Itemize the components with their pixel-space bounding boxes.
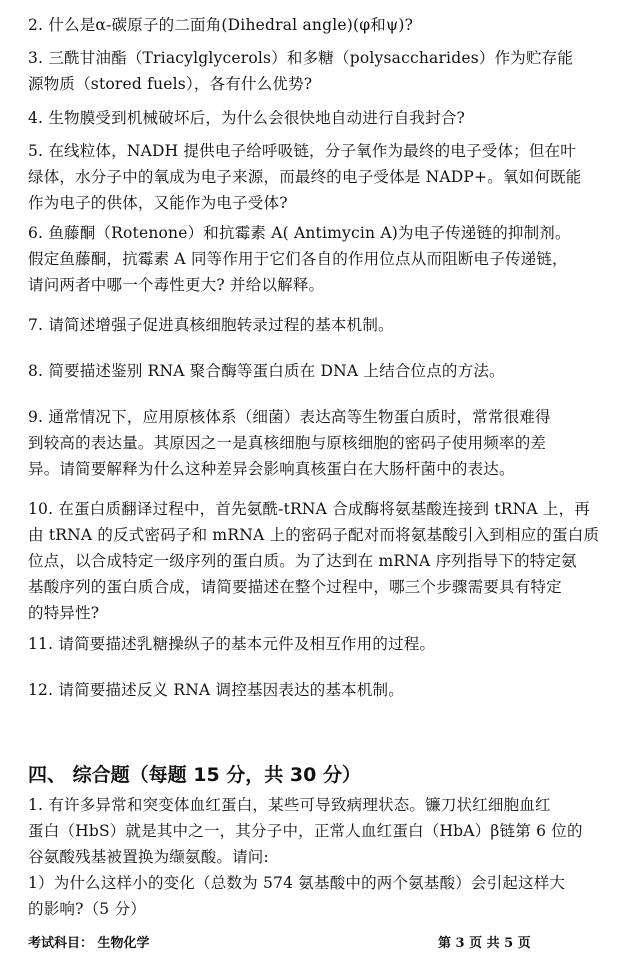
question-text: 由 tRNA 的反式密码子和 mRNA 上的密码子配对而将氨基酸引入到相应的蛋白… [28,522,620,548]
question-text: 10. 在蛋白质翻译过程中，首先氨酰-tRNA 合成酶将氨基酸连接到 tRNA … [28,496,620,522]
question-6: 6. 鱼藤酮（Rotenone）和抗霉素 A( Antimycin A)为电子传… [28,220,620,298]
footer-page-info: 第 3 页 共 5 页 [438,932,531,951]
question-text: 蛋白（HbS）就是其中之一，其分子中，正常人血红蛋白（HbA）β链第 6 位的 [28,818,620,844]
question-text: 5. 在线粒体，NADH 提供电子给呼吸链，分子氧作为最终的电子受体；但在叶 [28,138,620,164]
question-7: 7. 请简述增强子促进真核细胞转录过程的基本机制。 [28,312,620,338]
question-text: 12. 请简要描述反义 RNA 调控基因表达的基本机制。 [28,677,620,703]
question-text: 位点，以合成特定一级序列的蛋白质。为了达到在 mRNA 序列指导下的特定氨 [28,548,620,574]
question-text: 绿体，水分子中的氧成为电子来源，而最终的电子受体是 NADP+。氧如何既能 [28,164,620,190]
question-10: 10. 在蛋白质翻译过程中，首先氨酰-tRNA 合成酶将氨基酸连接到 tRNA … [28,496,620,626]
question-text: 请问两者中哪一个毒性更大? 并给以解释。 [28,272,620,298]
question-text: 2. 什么是α-碳原子的二面角(Dihedral angle)(φ和ψ)? [28,12,620,38]
question-3: 3. 三酰甘油酯（Triacylglycerols）和多糖（polysaccha… [28,45,620,97]
question-4: 4. 生物膜受到机械破坏后，为什么会很快地自动进行自我封合? [28,105,620,131]
question-text: 谷氨酸残基被置换为缬氨酸。请问: [28,844,620,870]
question-text: 的影响?（5 分） [28,896,620,922]
question-text: 1）为什么这样小的变化（总数为 574 氨基酸中的两个氨基酸）会引起这样大 [28,870,620,896]
question-text: 4. 生物膜受到机械破坏后，为什么会很快地自动进行自我封合? [28,105,620,131]
question-11: 11. 请简要描述乳糖操纵子的基本元件及相互作用的过程。 [28,631,620,657]
question-text: 1. 有许多异常和突变体血红蛋白，某些可导致病理状态。镰刀状红细胞血红 [28,792,620,818]
question-text: 作为电子的供体，又能作为电子受体? [28,190,620,216]
question-12: 12. 请简要描述反义 RNA 调控基因表达的基本机制。 [28,677,620,703]
question-text: 到较高的表达量。其原因之一是真核细胞与原核细胞的密码子使用频率的差 [28,430,620,456]
question-text: 基酸序列的蛋白质合成，请简要描述在整个过程中，哪三个步骤需要具有特定 [28,574,620,600]
question-text: 3. 三酰甘油酯（Triacylglycerols）和多糖（polysaccha… [28,45,620,71]
question-text: 异。请简要解释为什么这种差异会影响真核蛋白在大肠杆菌中的表达。 [28,456,620,482]
section-question-1: 1. 有许多异常和突变体血红蛋白，某些可导致病理状态。镰刀状红细胞血红 蛋白（H… [28,792,620,922]
question-8: 8. 简要描述鉴别 RNA 聚合酶等蛋白质在 DNA 上结合位点的方法。 [28,358,620,384]
question-9: 9. 通常情况下，应用原核体系（细菌）表达高等生物蛋白质时，常常很难得 到较高的… [28,404,620,482]
question-text: 9. 通常情况下，应用原核体系（细菌）表达高等生物蛋白质时，常常很难得 [28,404,620,430]
footer-subject: 考试科目： 生物化学 [28,932,150,951]
question-5: 5. 在线粒体，NADH 提供电子给呼吸链，分子氧作为最终的电子受体；但在叶 绿… [28,138,620,216]
question-text: 的特异性? [28,600,620,626]
question-text: 源物质（stored fuels），各有什么优势? [28,71,620,97]
question-text: 7. 请简述增强子促进真核细胞转录过程的基本机制。 [28,312,620,338]
section-heading: 四、 综合题（每题 15 分，共 30 分） [28,760,361,787]
question-text: 假定鱼藤酮，抗霉素 A 同等作用于它们各自的作用位点从而阻断电子传递链， [28,246,620,272]
question-text: 6. 鱼藤酮（Rotenone）和抗霉素 A( Antimycin A)为电子传… [28,220,620,246]
question-text: 11. 请简要描述乳糖操纵子的基本元件及相互作用的过程。 [28,631,620,657]
question-2: 2. 什么是α-碳原子的二面角(Dihedral angle)(φ和ψ)? [28,12,620,38]
question-text: 8. 简要描述鉴别 RNA 聚合酶等蛋白质在 DNA 上结合位点的方法。 [28,358,620,384]
